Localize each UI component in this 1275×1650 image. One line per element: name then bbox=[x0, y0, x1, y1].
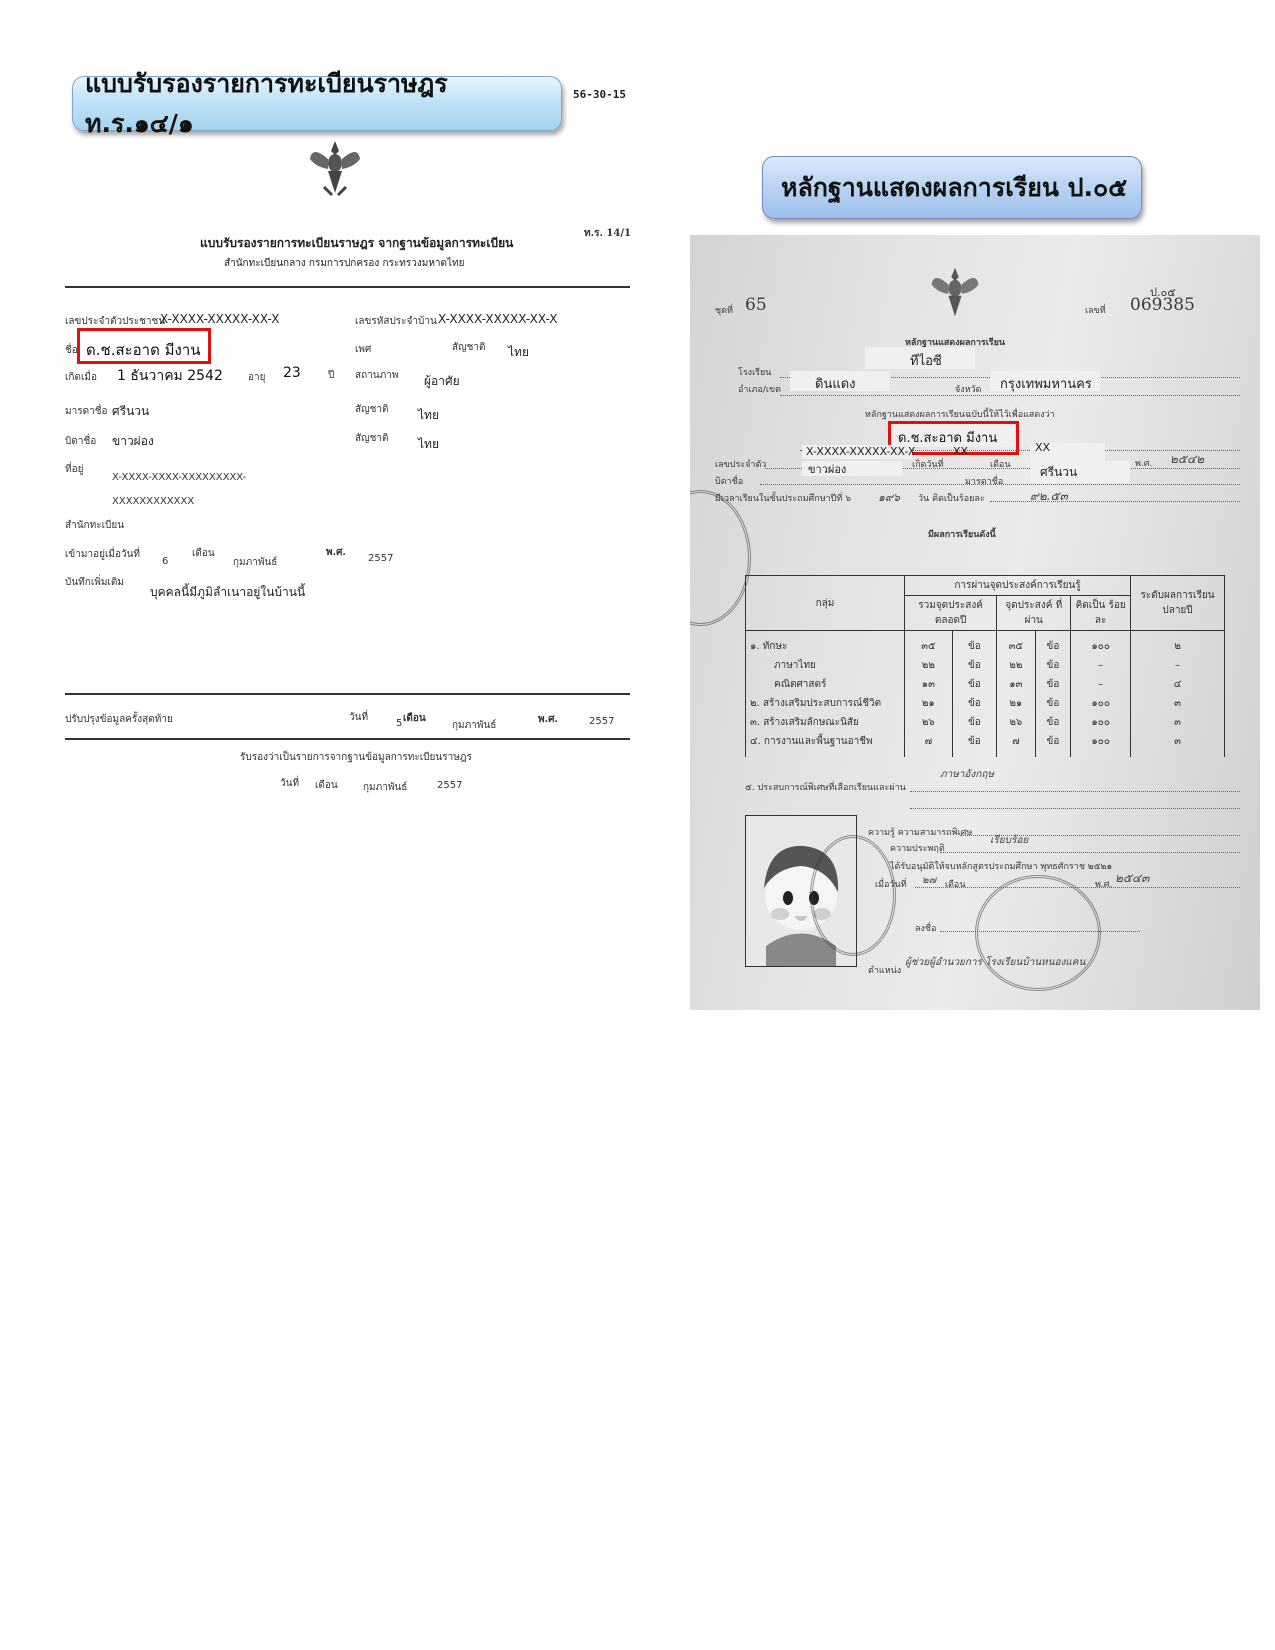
cell-unit: ข้อ bbox=[1035, 675, 1071, 694]
id-label: เลขประจำตัว bbox=[715, 457, 766, 471]
document-subheading: สำนักทะเบียนกลาง กรมการปกครอง กระทรวงมหา… bbox=[224, 256, 465, 271]
cell-level: – bbox=[1131, 656, 1225, 675]
name-value: ด.ช.สะอาด มีงาน bbox=[86, 338, 201, 362]
graduation-text: ได้รับอนุมัติให้จบหลักสูตรประถมศึกษา พุท… bbox=[890, 859, 1112, 873]
address-label: ที่อยู่ bbox=[65, 462, 83, 477]
results-heading: มีผลการเรียนดังนี้ bbox=[928, 527, 996, 541]
grad-day: ๒๗ bbox=[922, 873, 936, 888]
province-value: กรุงเทพมหานคร bbox=[1000, 373, 1092, 394]
position-label: ตำแหน่ง bbox=[868, 963, 901, 977]
note-label: บันทึกเพิ่มเติม bbox=[65, 575, 124, 590]
cell-subject: คณิตศาสตร์ bbox=[746, 675, 905, 694]
dotted-line bbox=[990, 501, 1240, 502]
mother-nationality-value: ไทย bbox=[418, 406, 439, 425]
cell-unit: ข้อ bbox=[1035, 694, 1071, 713]
cell-subject: ๔. การงานและพื้นฐานอาชีพ bbox=[746, 732, 905, 757]
cell-percent: – bbox=[1071, 675, 1131, 694]
nationality-label: สัญชาติ bbox=[452, 340, 486, 355]
nationality-value: ไทย bbox=[508, 343, 529, 362]
last-updated-be-label: พ.ศ. bbox=[538, 712, 558, 727]
cell-unit: ข้อ bbox=[1035, 713, 1071, 732]
divider bbox=[65, 738, 630, 740]
cell-unit: ข้อ bbox=[1035, 732, 1071, 757]
number-label: เลขที่ bbox=[1085, 303, 1106, 317]
house-id-value: X-XXXX-XXXXX-XX-X bbox=[438, 312, 557, 326]
cell-passed: ๓๕ bbox=[997, 631, 1035, 657]
table-row: ๓. สร้างเสริมลักษณะนิสัย๒๖ข้อ๒๖ข้อ๑๐๐๓ bbox=[746, 713, 1225, 732]
cell-unit: ข้อ bbox=[952, 732, 996, 757]
move-in-be-label: พ.ศ. bbox=[326, 545, 346, 560]
id-label: เลขประจำตัวประชาชน bbox=[65, 314, 165, 329]
grades-table: กลุ่ม การผ่านจุดประสงค์การเรียนรู้ ระดับ… bbox=[745, 575, 1225, 757]
special-experience-label: ๕. ประสบการณ์พิเศษที่เลือกเรียนและผ่าน bbox=[745, 780, 906, 794]
form-number: ท.ร. 14/1 bbox=[584, 226, 631, 241]
callout-household-registration: แบบรับรองรายการทะเบียนราษฎร ท.ร.๑๔/๑ bbox=[72, 76, 562, 131]
cell-total: ๗ bbox=[905, 732, 953, 757]
father-label: บิดาชื่อ bbox=[715, 474, 743, 488]
col-total: รวมจุดประสงค์ ตลอดปี bbox=[905, 596, 997, 631]
age-label: อายุ bbox=[248, 370, 265, 385]
position-value: ผู้ช่วยผู้อำนวยการ โรงเรียนบ้านหนองแคน bbox=[905, 955, 1085, 970]
cell-passed: ๑๓ bbox=[997, 675, 1035, 694]
birth-label: เกิดเมื่อ bbox=[65, 370, 97, 385]
mother-nationality-label: สัญชาติ bbox=[355, 402, 389, 417]
birth-year: ๒๕๔๒ bbox=[1170, 450, 1204, 469]
mother-label: มารดาชื่อ bbox=[965, 474, 1003, 488]
district-label: อำเภอ/เขต bbox=[738, 382, 781, 396]
move-in-year: 2557 bbox=[368, 553, 393, 564]
cell-percent: ๑๐๐ bbox=[1071, 713, 1131, 732]
table-row: ภาษาไทย๒๒ข้อ๒๒ข้อ–– bbox=[746, 656, 1225, 675]
attendance-text: มีเวลาเรียนในชั้นประถมศึกษาปีที่ ๖ bbox=[715, 491, 851, 505]
cell-total: ๒๒ bbox=[905, 656, 953, 675]
cell-level: ๓ bbox=[1131, 694, 1225, 713]
last-updated-day-label: วันที่ bbox=[349, 710, 368, 725]
grad-year-label: พ.ศ. bbox=[1095, 877, 1112, 891]
seal-stamp-icon bbox=[690, 490, 751, 626]
divider bbox=[65, 693, 630, 695]
certify-text: รับรองว่าเป็นรายการจากฐานข้อมูลการทะเบีย… bbox=[240, 750, 472, 765]
registry-label: สำนักทะเบียน bbox=[65, 518, 124, 533]
mother-label: มารดาชื่อ bbox=[65, 404, 107, 419]
cell-level: ๓ bbox=[1131, 713, 1225, 732]
cert-year: 2557 bbox=[437, 780, 462, 791]
cert-month-label: เดือน bbox=[315, 778, 338, 793]
cell-percent: ๑๐๐ bbox=[1071, 631, 1131, 657]
garuda-emblem-icon bbox=[305, 135, 365, 200]
cell-total: ๑๓ bbox=[905, 675, 953, 694]
table-row: คณิตศาสตร์๑๓ข้อ๑๓ข้อ–๔ bbox=[746, 675, 1225, 694]
cell-unit: ข้อ bbox=[1035, 631, 1071, 657]
garuda-emblem-icon bbox=[925, 263, 985, 323]
cell-unit: ข้อ bbox=[952, 694, 996, 713]
callout-school-transcript: หลักฐานแสดงผลการเรียน ป.๐๕ bbox=[762, 156, 1142, 219]
cert-day-label: วันที่ bbox=[280, 776, 299, 791]
dotted-line bbox=[915, 887, 1240, 888]
cell-unit: ข้อ bbox=[952, 713, 996, 732]
address-line-1: X-XXXX-XXXX-XXXXXXXXX- bbox=[112, 472, 246, 483]
callout-left-title: แบบรับรองรายการทะเบียนราษฎร ท.ร.๑๔/๑ bbox=[85, 64, 561, 144]
table-row: ๑. ทักษะ๓๕ข้อ๓๕ข้อ๑๐๐๒ bbox=[746, 631, 1225, 657]
move-in-day: 6 bbox=[162, 556, 168, 567]
father-nationality-value: ไทย bbox=[418, 435, 439, 454]
age-unit: ปี bbox=[328, 368, 334, 383]
status-label: สถานภาพ bbox=[355, 368, 398, 383]
last-updated-day: 5 bbox=[396, 718, 402, 729]
move-in-month: กุมภาพันธ์ bbox=[233, 555, 277, 570]
district-value: ดินแดง bbox=[815, 373, 856, 394]
dotted-line bbox=[780, 395, 1240, 396]
mother-value: ศรีนวน bbox=[112, 402, 149, 421]
move-in-month-label: เดือน bbox=[192, 546, 215, 561]
cell-level: ๔ bbox=[1131, 675, 1225, 694]
intro-text: หลักฐานแสดงผลการเรียนฉบับนี้ให้ไว้เพื่อแ… bbox=[865, 407, 1055, 421]
cell-passed: ๒๒ bbox=[997, 656, 1035, 675]
move-in-label: เข้ามาอยู่เมื่อวันที่ bbox=[65, 547, 140, 562]
number-value: 069385 bbox=[1130, 295, 1195, 315]
cell-total: ๒๑ bbox=[905, 694, 953, 713]
status-value: ผู้อาศัย bbox=[424, 372, 460, 391]
id-value: X-XXXX-XXXXX-XX-X bbox=[806, 445, 915, 458]
cell-unit: ข้อ bbox=[952, 675, 996, 694]
table-row: ๒. สร้างเสริมประสบการณ์ชีวิต๒๑ข้อ๒๑ข้อ๑๐… bbox=[746, 694, 1225, 713]
dotted-line bbox=[910, 808, 1240, 809]
cell-passed: ๒๑ bbox=[997, 694, 1035, 713]
cell-level: ๓ bbox=[1131, 732, 1225, 757]
cell-subject: ๓. สร้างเสริมลักษณะนิสัย bbox=[746, 713, 905, 732]
father-label: บิดาชื่อ bbox=[65, 434, 96, 449]
province-label: จังหวัด bbox=[955, 382, 982, 396]
cell-subject: ๒. สร้างเสริมประสบการณ์ชีวิต bbox=[746, 694, 905, 713]
cell-level: ๒ bbox=[1131, 631, 1225, 657]
name-label: ชื่อ bbox=[65, 343, 78, 358]
col-group: กลุ่ม bbox=[746, 576, 905, 631]
id-value: X-XXXX-XXXXX-XX-X bbox=[160, 312, 279, 326]
ability-label: ความรู้ ความสามารถพิเศษ bbox=[868, 825, 972, 839]
cell-passed: ๒๖ bbox=[997, 713, 1035, 732]
cell-subject: ๑. ทักษะ bbox=[746, 631, 905, 657]
attendance-days: ๑๙๖ bbox=[878, 488, 900, 506]
cell-percent: ๑๐๐ bbox=[1071, 694, 1131, 713]
father-value: ขาวผ่อง bbox=[808, 460, 846, 478]
father-value: ขาวผ่อง bbox=[112, 432, 154, 451]
cell-percent: ๑๐๐ bbox=[1071, 732, 1131, 757]
birth-value: 1 ธันวาคม 2542 bbox=[117, 365, 223, 387]
mother-value: ศรีนวน bbox=[1040, 463, 1077, 482]
school-seal-icon bbox=[810, 835, 896, 956]
behavior-label: ความประพฤติ bbox=[890, 841, 945, 855]
cell-percent: – bbox=[1071, 656, 1131, 675]
cell-unit: ข้อ bbox=[952, 631, 996, 657]
document-heading: แบบรับรองรายการทะเบียนราษฎร จากฐานข้อมูล… bbox=[200, 234, 513, 253]
cert-month: กุมภาพันธ์ bbox=[363, 780, 407, 795]
form-code: 56-30-15 bbox=[573, 88, 626, 101]
behavior-value: เรียบร้อย bbox=[990, 833, 1028, 848]
dotted-line bbox=[940, 852, 1240, 853]
grad-month-label: เดือน bbox=[945, 877, 965, 891]
cell-passed: ๗ bbox=[997, 732, 1035, 757]
col-objectives: การผ่านจุดประสงค์การเรียนรู้ bbox=[905, 576, 1131, 596]
special-experience-value: ภาษาอังกฤษ bbox=[940, 767, 994, 782]
official-seal-icon bbox=[975, 875, 1101, 991]
col-percent: คิดเป็น ร้อยละ bbox=[1071, 596, 1131, 631]
birth-day: XX bbox=[953, 445, 968, 458]
school-label: โรงเรียน bbox=[738, 365, 771, 379]
callout-right-title: หลักฐานแสดงผลการเรียน ป.๐๕ bbox=[781, 168, 1127, 208]
col-passed: จุดประสงค์ ที่ผ่าน bbox=[997, 596, 1071, 631]
sex-label: เพศ bbox=[355, 342, 371, 357]
grad-year: ๒๕๔๓ bbox=[1115, 869, 1149, 888]
attendance-percent: ๙๒.๕๓ bbox=[1030, 487, 1068, 506]
last-updated-month: กุมภาพันธ์ bbox=[452, 718, 496, 733]
father-nationality-label: สัญชาติ bbox=[355, 431, 389, 446]
grad-day-label: เมื่อวันที่ bbox=[875, 877, 907, 891]
table-row: ๔. การงานและพื้นฐานอาชีพ๗ข้อ๗ข้อ๑๐๐๓ bbox=[746, 732, 1225, 757]
school-transcript-photo: ชุดที่ 65 ป.๐๕ เลขที่ 069385 หลักฐานแสดง… bbox=[690, 235, 1260, 1010]
cell-subject: ภาษาไทย bbox=[746, 656, 905, 675]
house-id-label: เลขรหัสประจำบ้าน bbox=[355, 314, 437, 329]
last-updated-label: ปรับปรุงข้อมูลครั้งสุดท้าย bbox=[65, 712, 173, 727]
cell-unit: ข้อ bbox=[952, 656, 996, 675]
sign-label: ลงชื่อ bbox=[915, 921, 936, 935]
dotted-line bbox=[940, 931, 1140, 932]
birth-month: XX bbox=[1035, 441, 1050, 454]
attendance-unit: วัน คิดเป็นร้อยละ bbox=[918, 491, 985, 505]
dotted-line bbox=[910, 791, 1240, 792]
school-value: ทีไอซี bbox=[910, 350, 942, 371]
col-level: ระดับผลการเรียน ปลายปี bbox=[1131, 576, 1225, 631]
address-line-2: XXXXXXXXXXXX bbox=[112, 496, 194, 507]
note-value: บุคคลนี้มีภูมิลำเนาอยู่ในบ้านนี้ bbox=[150, 583, 305, 602]
last-updated-month-label: เดือน bbox=[403, 711, 426, 726]
cell-total: ๓๕ bbox=[905, 631, 953, 657]
dotted-line bbox=[760, 484, 1240, 485]
divider bbox=[65, 286, 630, 288]
cell-unit: ข้อ bbox=[1035, 656, 1071, 675]
set-value: 65 bbox=[745, 295, 767, 315]
set-label: ชุดที่ bbox=[715, 303, 733, 317]
cell-total: ๒๖ bbox=[905, 713, 953, 732]
age-value: 23 bbox=[283, 365, 301, 381]
last-updated-year: 2557 bbox=[589, 716, 614, 727]
